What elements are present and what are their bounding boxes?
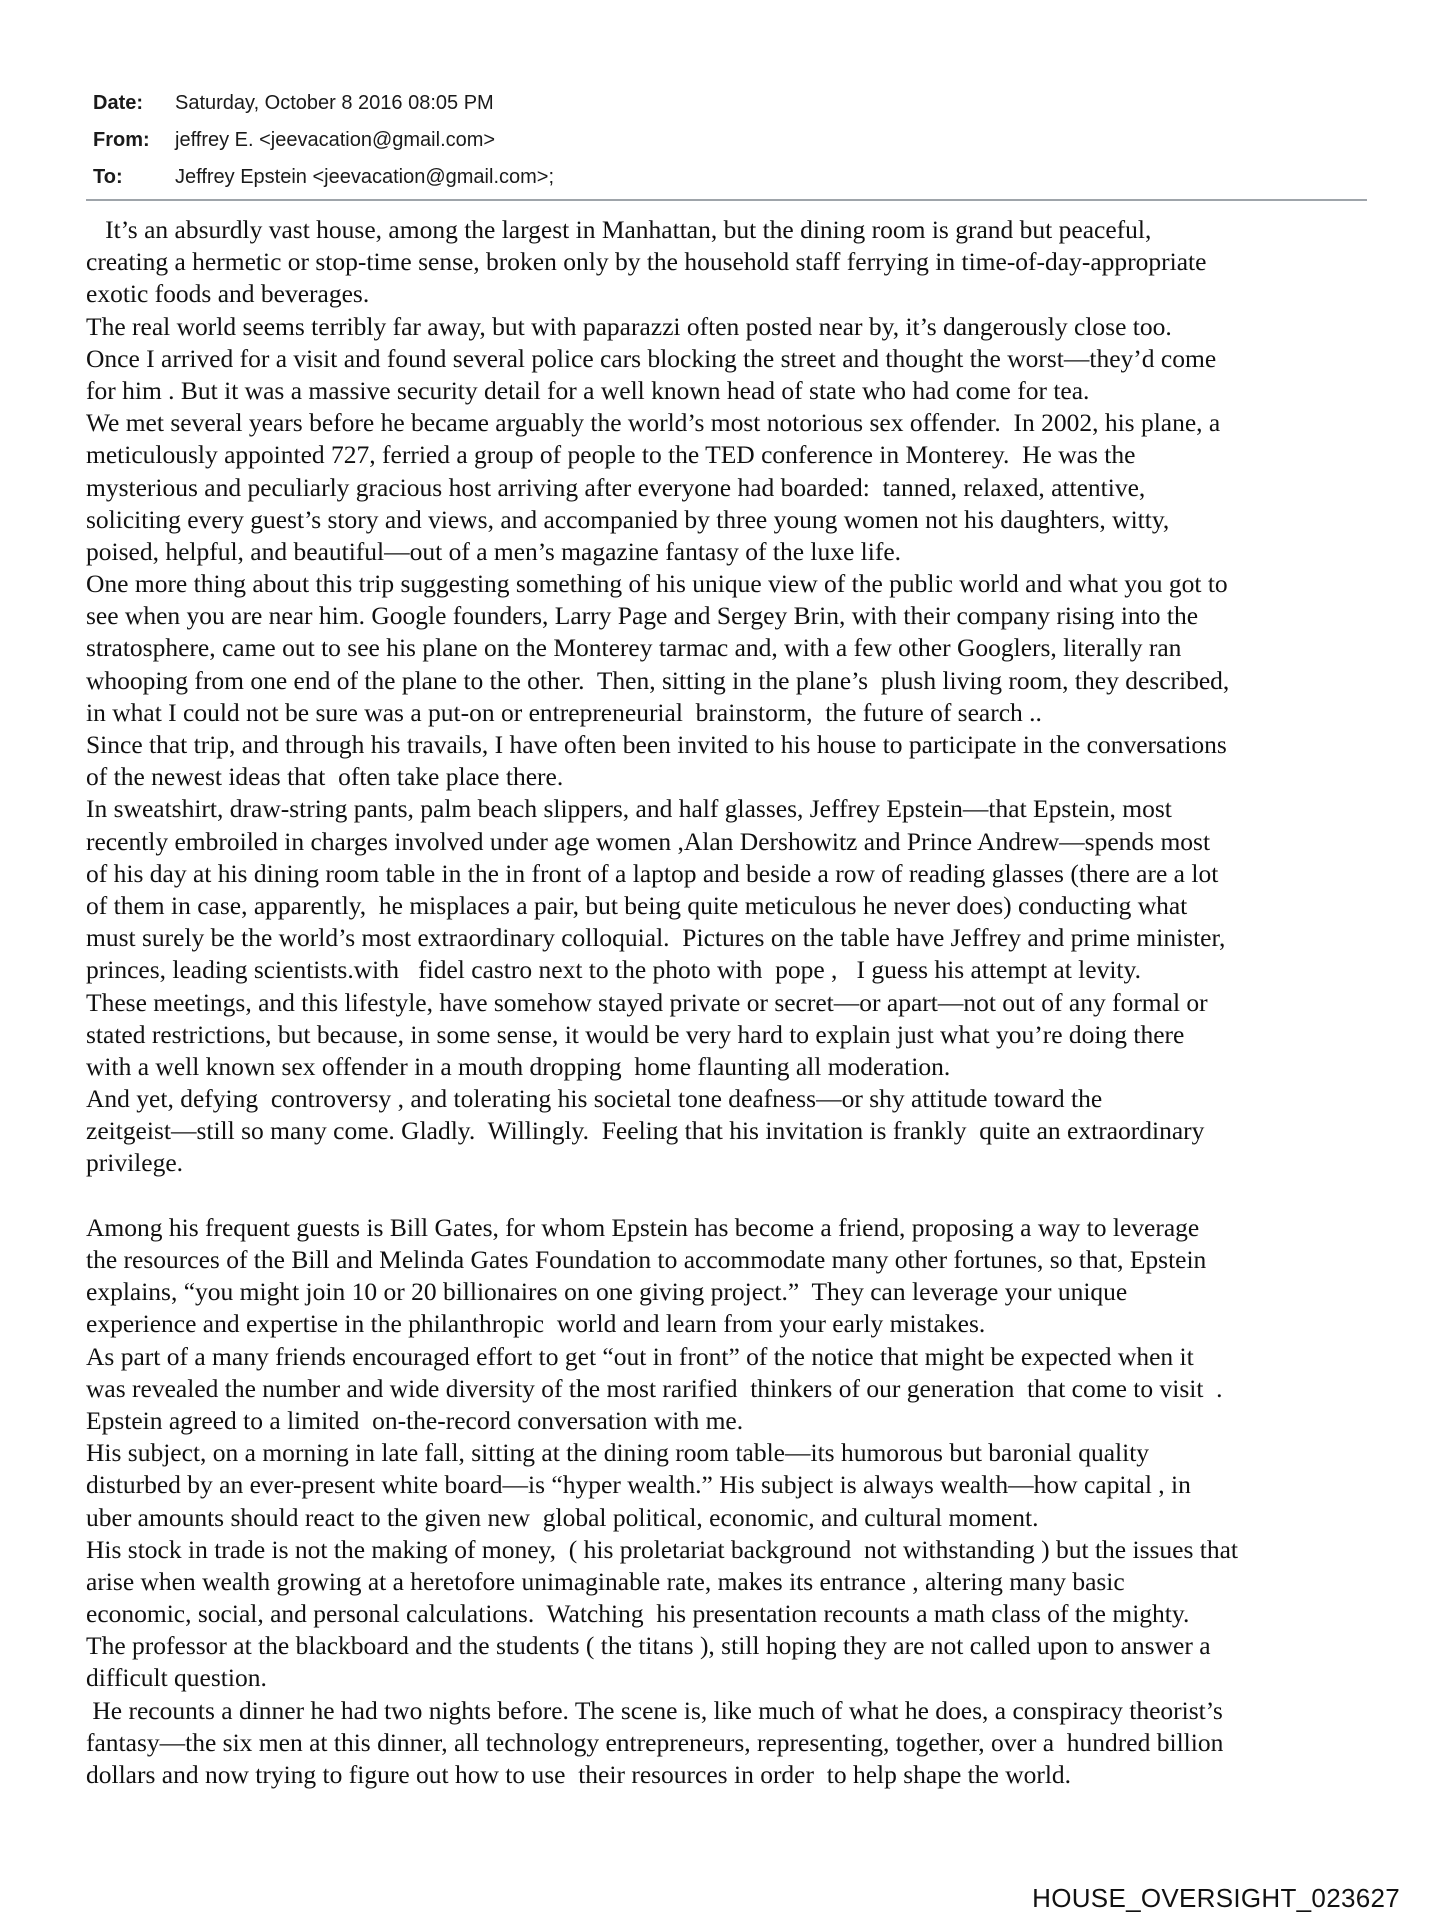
paragraph-spacer [86,1180,1386,1212]
body-line: must surely be the world’s most extraord… [86,922,1386,954]
body-line: Epstein agreed to a limited on-the-recor… [86,1405,1386,1437]
date-row: Date:Saturday, October 8 2016 08:05 PM [93,88,554,125]
email-header: Date:Saturday, October 8 2016 08:05 PM F… [93,88,554,199]
body-line: meticulously appointed 727, ferried a gr… [86,439,1386,471]
body-line: mysterious and peculiarly gracious host … [86,472,1386,504]
header-divider [86,199,1367,201]
body-line: stratosphere, came out to see his plane … [86,632,1386,664]
body-line: One more thing about this trip suggestin… [86,568,1386,600]
body-line: His subject, on a morning in late fall, … [86,1437,1386,1469]
body-line: whooping from one end of the plane to th… [86,665,1386,697]
body-line: And yet, defying controversy , and toler… [86,1083,1386,1115]
body-line: Among his frequent guests is Bill Gates,… [86,1212,1386,1244]
body-line: the resources of the Bill and Melinda Ga… [86,1244,1386,1276]
date-value: Saturday, October 8 2016 08:05 PM [175,88,494,118]
body-line: in what I could not be sure was a put-on… [86,697,1386,729]
body-line: dollars and now trying to figure out how… [86,1759,1386,1791]
body-line: explains, “you might join 10 or 20 billi… [86,1276,1386,1308]
date-label: Date: [93,88,175,118]
body-line: These meetings, and this lifestyle, have… [86,987,1386,1019]
body-line: arise when wealth growing at a heretofor… [86,1566,1386,1598]
body-line: It’s an absurdly vast house, among the l… [86,214,1386,246]
body-line: stated restrictions, but because, in som… [86,1019,1386,1051]
body-line: see when you are near him. Google founde… [86,600,1386,632]
body-line: In sweatshirt, draw-string pants, palm b… [86,793,1386,825]
to-row: To:Jeffrey Epstein <jeevacation@gmail.co… [93,162,554,199]
body-line: We met several years before he became ar… [86,407,1386,439]
body-line: privilege. [86,1147,1386,1179]
body-line: economic, social, and personal calculati… [86,1598,1386,1630]
bates-number: HOUSE_OVERSIGHT_023627 [1032,1883,1400,1914]
body-line: creating a hermetic or stop-time sense, … [86,246,1386,278]
body-line: with a well known sex offender in a mout… [86,1051,1386,1083]
body-line: As part of a many friends encouraged eff… [86,1341,1386,1373]
from-value: jeffrey E. <jeevacation@gmail.com> [175,125,495,155]
body-line: uber amounts should react to the given n… [86,1502,1386,1534]
body-line: Since that trip, and through his travail… [86,729,1386,761]
body-line: recently embroiled in charges involved u… [86,826,1386,858]
body-line: He recounts a dinner he had two nights b… [86,1695,1386,1727]
from-row: From:jeffrey E. <jeevacation@gmail.com> [93,125,554,162]
body-line: exotic foods and beverages. [86,278,1386,310]
body-line: for him . But it was a massive security … [86,375,1386,407]
email-body: It’s an absurdly vast house, among the l… [86,214,1386,1791]
body-line: princes, leading scientists.with fidel c… [86,954,1386,986]
body-line: was revealed the number and wide diversi… [86,1373,1386,1405]
from-label: From: [93,125,175,155]
body-line: of them in case, apparently, he misplace… [86,890,1386,922]
body-line: zeitgeist—still so many come. Gladly. Wi… [86,1115,1386,1147]
body-line: experience and expertise in the philanth… [86,1308,1386,1340]
body-line: difficult question. [86,1662,1386,1694]
body-line: of his day at his dining room table in t… [86,858,1386,890]
body-line: disturbed by an ever-present white board… [86,1469,1386,1501]
body-line: Once I arrived for a visit and found sev… [86,343,1386,375]
body-line: poised, helpful, and beautiful—out of a … [86,536,1386,568]
to-value: Jeffrey Epstein <jeevacation@gmail.com>; [175,162,554,192]
to-label: To: [93,162,175,192]
body-line: The real world seems terribly far away, … [86,311,1386,343]
body-line: fantasy—the six men at this dinner, all … [86,1727,1386,1759]
body-line: The professor at the blackboard and the … [86,1630,1386,1662]
body-line: soliciting every guest’s story and views… [86,504,1386,536]
body-line: of the newest ideas that often take plac… [86,761,1386,793]
body-line: His stock in trade is not the making of … [86,1534,1386,1566]
